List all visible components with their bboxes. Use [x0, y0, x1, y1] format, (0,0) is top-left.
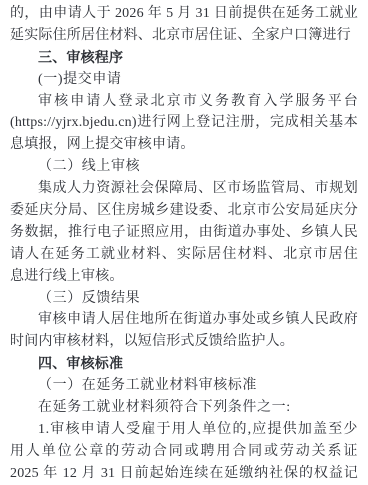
- text-line: 审核申请人居住地所在街道办事处或乡镇人民政府在规定: [10, 309, 358, 331]
- text-line: （一）在延务工就业材料审核标准: [10, 375, 358, 397]
- text-line: 的，由申请人于 2026 年 5 月 31 日前提供在延务工就业材料、在: [10, 3, 358, 25]
- text-line: 延实际住所居住材料、北京市居住证、全家户口簿进行审核。: [10, 25, 358, 47]
- text-line: 1.审核申请人受雇于用人单位的,应提供加盖至少一方在延: [10, 419, 358, 441]
- text-line: （三）反馈结果: [10, 288, 358, 310]
- text-line: 委延庆分局、区住房城乡建设委、北京市公安局延庆分局相关政: [10, 200, 358, 222]
- text-line: 集成人力资源社会保障局、区市场监管局、市规划自然资源: [10, 178, 358, 200]
- text-line: 请人在延务工就业材料、实际居住材料、北京市居住证、户籍信: [10, 244, 358, 266]
- text-line: 三、审核程序: [10, 47, 358, 69]
- text-line: 审核申请人登录北京市义务教育入学服务平台: [10, 91, 358, 113]
- text-line: 2025 年 12 月 31 日前起始连续在延缴纳社保的权益记录，补缴: [10, 463, 358, 485]
- text-line: 息填报，网上提交审核申请。: [10, 134, 358, 156]
- text-line: 用人单位公章的劳动合同或聘用合同或劳动关系证明，以及自: [10, 441, 358, 463]
- text-line: (https://yjrx.bjedu.cn)进行网上登记注册，完成相关基本信: [10, 112, 358, 134]
- text-line: (一)提交申请: [10, 69, 358, 91]
- text-line: 四、审核标准: [10, 353, 358, 375]
- document-page: 的，由申请人于 2026 年 5 月 31 日前提供在延务工就业材料、在延实际住…: [0, 0, 368, 485]
- document-body: 的，由申请人于 2026 年 5 月 31 日前提供在延务工就业材料、在延实际住…: [10, 3, 358, 485]
- text-line: 息进行线上审核。: [10, 266, 358, 288]
- text-line: （二）线上审核: [10, 156, 358, 178]
- text-line: 在延务工就业材料须符合下列条件之一:: [10, 397, 358, 419]
- text-line: 时间内审核材料，以短信形式反馈给监护人。: [10, 331, 358, 353]
- text-line: 务数据，推行电子证照应用，由街道办事处、乡镇人民政府对申: [10, 222, 358, 244]
